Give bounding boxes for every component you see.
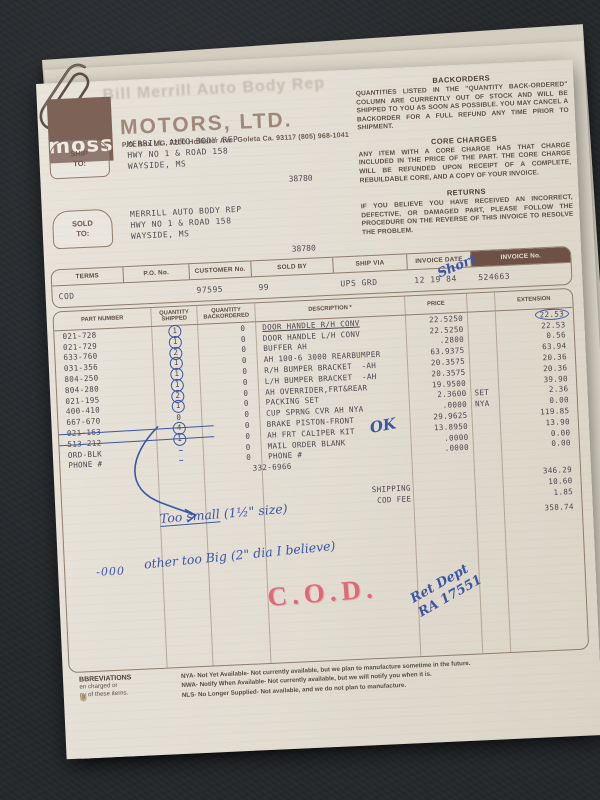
terms-value-2: 97595 [190, 277, 253, 301]
terms-header-p-o-no-: P.O. No. [123, 264, 190, 282]
sold-to-zip: 38780 [292, 243, 316, 253]
terms-value-1 [124, 280, 191, 304]
info-panel: CORE CHARGES ANY ITEM WITH A CORE CHARGE… [358, 131, 572, 186]
items-header-4: PRICE [405, 294, 468, 315]
terms-value-4: UPS GRD [334, 270, 409, 294]
terms-value-3: 99 [252, 274, 335, 299]
sold-to-label-line1: SOLD [72, 219, 93, 230]
info-panel: BACKORDERS QUANTITIES LISTED IN THE "QUA… [355, 70, 569, 133]
sold-to-label-line2: TO: [76, 229, 89, 239]
items-header-1: QUANTITY SHIPPED [151, 306, 198, 326]
handwritten-dash-000: -000 [96, 564, 125, 578]
items-header-6: EXTENSION [495, 289, 573, 310]
info-panel-body: IF YOU BELIEVE YOU HAVE RECEIVED AN INCO… [361, 194, 574, 238]
info-panel: RETURNS IF YOU BELIEVE YOU HAVE RECEIVED… [360, 183, 574, 238]
items-header-5 [467, 292, 496, 311]
info-panel-body: ANY ITEM WITH A CORE CHARGE HAS THAT CHA… [358, 142, 571, 186]
info-panels: BACKORDERS QUANTITIES LISTED IN THE "QUA… [355, 70, 574, 245]
abbreviations-left: BBREVIATIONS en charged or ny of these i… [79, 672, 172, 704]
terms-header-customer-no-: CUSTOMER No. [189, 261, 252, 279]
info-panel-body: QUANTITIES LISTED IN THE "QUANTITY BACK-… [356, 81, 570, 133]
invoice-paper: Bill Merrill Auto Body Rep moss MOTORS, … [36, 60, 600, 760]
sold-to-block: SOLD TO: MERRILL AUTO BODY REP HWY NO 1 … [52, 209, 114, 250]
ship-to-block: SHIP TO: MERRILL AUTO BODY REP HWY NO 1 … [49, 139, 111, 180]
sold-to-label: SOLD TO: [52, 209, 114, 250]
items-header-2: QUANTITY BACKORDERED [197, 303, 256, 324]
terms-value-0: COD [52, 283, 125, 307]
sold-to-address: MERRILL AUTO BODY REP HWY NO 1 & ROAD 15… [130, 199, 371, 242]
terms-value-6: 524663 [472, 263, 572, 288]
ship-to-label-line2: TO: [73, 159, 86, 169]
phone-number: 332-6966 [252, 462, 291, 473]
ship-to-zip: 38780 [288, 174, 312, 184]
ship-to-label: SHIP TO: [49, 139, 111, 180]
